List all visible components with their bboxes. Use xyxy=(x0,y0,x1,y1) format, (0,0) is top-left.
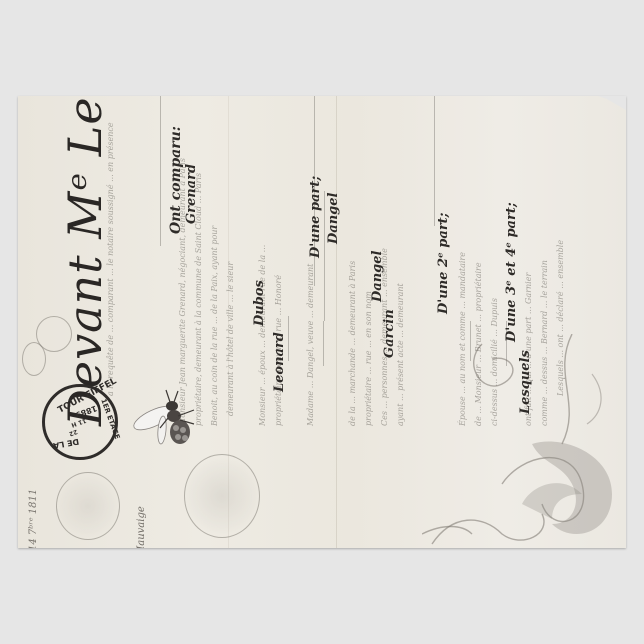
postmark-day: 22 xyxy=(68,428,78,437)
faint-handwriting: Madame ... Dangel, veuve ... demeurant xyxy=(306,264,315,426)
party-name-dubos: Dubos xyxy=(252,280,267,326)
part-label-1: D'une part; xyxy=(308,176,323,258)
party-name-garcin: Garcin xyxy=(382,309,397,358)
ruled-line xyxy=(160,96,161,246)
ruled-line xyxy=(288,316,289,361)
faint-handwriting: propriétaire ... rue ... en son nom xyxy=(364,291,373,426)
ruled-line xyxy=(434,96,435,226)
faint-round-seal xyxy=(56,472,120,540)
margin-date-note: 14 7ᵇʳᵉ 1811 xyxy=(28,489,39,548)
torn-corner xyxy=(598,96,626,110)
party-name-leonard: Leonard xyxy=(272,332,287,392)
faint-handwriting: Benoit, au coin de la rue ... de la Paix… xyxy=(210,226,219,426)
ruled-line xyxy=(323,321,324,366)
faint-handwriting: Monsieur ... époux ... demeurant rue de … xyxy=(258,245,267,426)
vintage-document-sheet: a la requête de ... comparant ... le not… xyxy=(18,96,626,548)
faint-handwriting: demeurant à l'hôtel de ville ... le sieu… xyxy=(226,262,235,416)
fold-line xyxy=(336,96,337,548)
postmark-side-text: 1ER ETAGE xyxy=(99,398,121,441)
party-name-dangel: Dangel xyxy=(326,193,341,244)
signature: Mauvaige xyxy=(136,506,147,548)
party-name-dangel-2: Dangel xyxy=(370,251,385,302)
eiffel-tower-postmark: TOUR EIFFEL 1ER ETAGE DE LA 1889 11 H 22 xyxy=(42,384,118,460)
document-title: Devant Mᵉ Lesage xyxy=(58,96,112,426)
faint-oval-stamp xyxy=(22,342,46,376)
faint-handwriting: ayant ... présent acte ... demeurant xyxy=(396,283,405,426)
part-label-2: D'une 2ᵉ part; xyxy=(436,213,451,314)
postmark-hour: 11 H xyxy=(70,417,87,429)
postmark-bottom-text: DE LA xyxy=(52,437,79,450)
party-name-grenard: Grenard xyxy=(184,164,199,224)
appearance-label: Ont comparu: xyxy=(168,126,184,234)
bee-illustration xyxy=(128,388,198,454)
part-label-3: D'une 3ᵉ et 4ᵉ part; xyxy=(504,202,519,342)
ruled-line xyxy=(324,191,325,321)
faint-handwriting: de la ... marchande ... demeurant à Pari… xyxy=(348,261,357,426)
faint-coat-of-arms-seal xyxy=(184,454,260,538)
baroque-scroll-ornament xyxy=(422,334,626,548)
